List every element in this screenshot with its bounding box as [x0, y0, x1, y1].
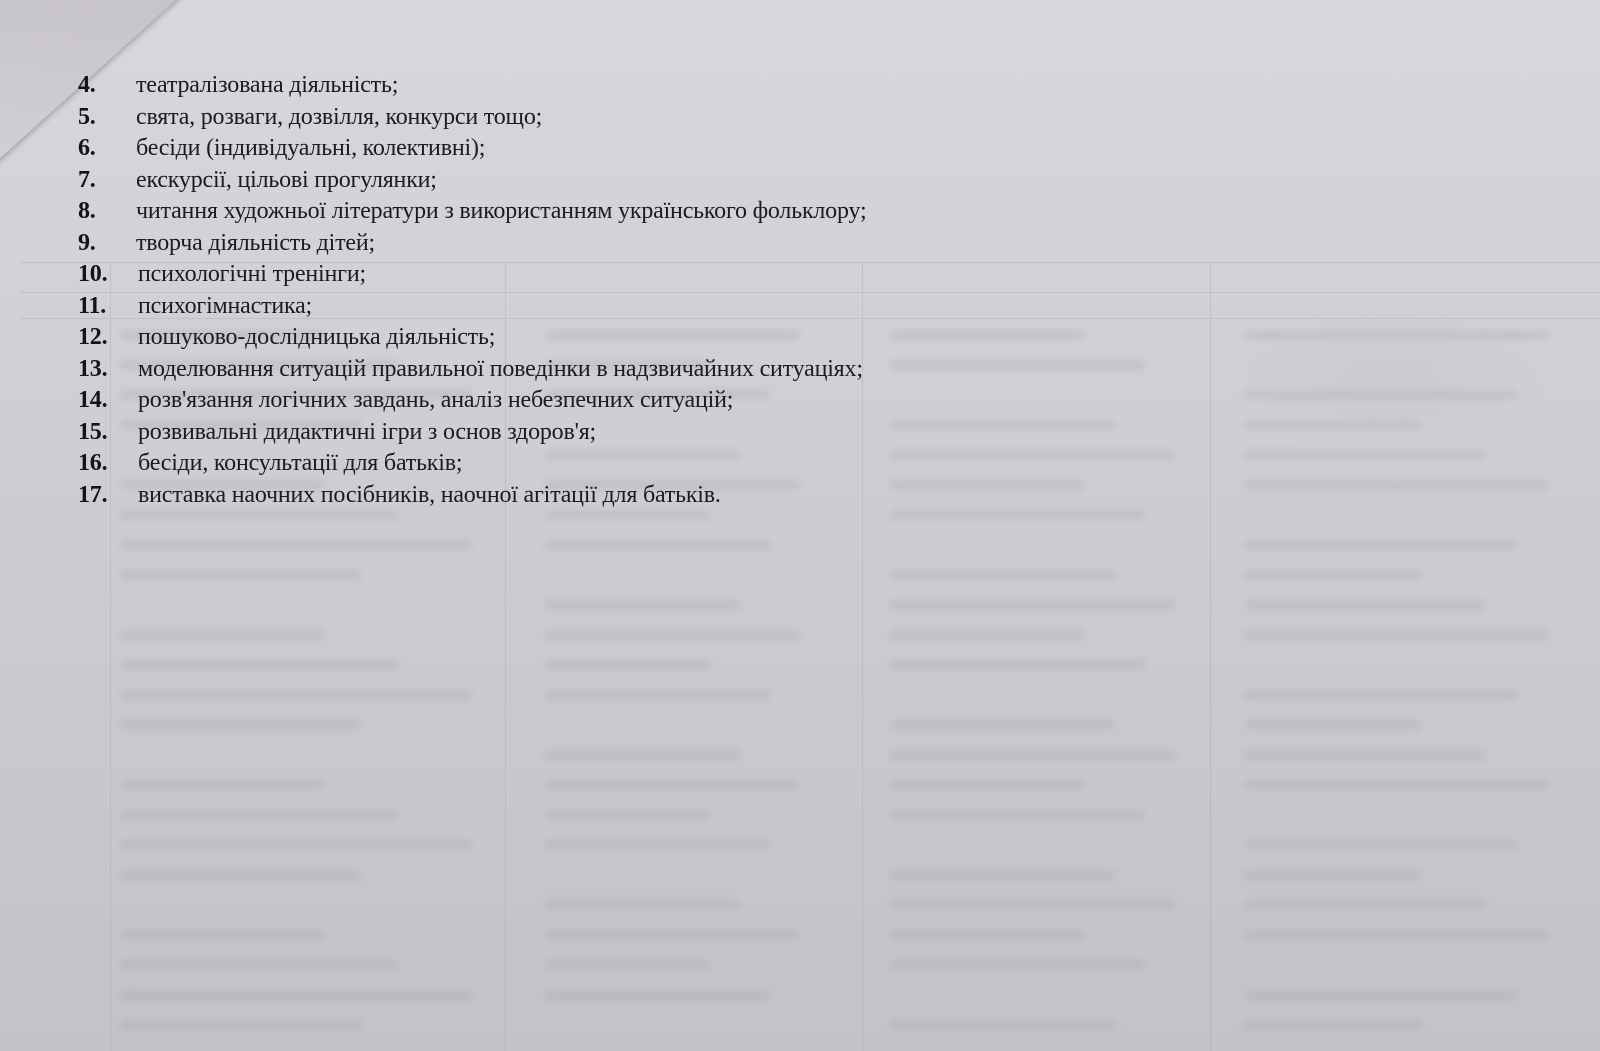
ghost-text-line: [890, 450, 1175, 460]
ghost-text-line: [890, 750, 1175, 760]
ghost-text-line: [120, 930, 324, 940]
ghost-text-line: [890, 600, 1175, 610]
list-item: 9. творча діяльність дітей;: [78, 230, 866, 262]
ghost-text-line: [545, 810, 710, 820]
ghost-text-line: [890, 870, 1115, 880]
list-item: 17. виставка наочних посібників, наочної…: [78, 482, 866, 514]
ghost-table-line: [1210, 262, 1211, 1051]
list-item: 14. розв'язання логічних завдань, аналіз…: [78, 387, 866, 419]
ghost-text-line: [120, 870, 361, 880]
ghost-text-line: [1245, 900, 1485, 910]
list-item-number: 17.: [78, 482, 138, 509]
list-item-text: творча діяльність дітей;: [136, 230, 375, 257]
list-item-number: 13.: [78, 356, 138, 383]
ghost-text-line: [120, 1020, 361, 1030]
ghost-text-line: [1245, 450, 1485, 460]
ghost-text-line: [890, 360, 1145, 370]
ghost-text-line: [1245, 480, 1549, 490]
list-item-number: 15.: [78, 419, 138, 446]
ghost-text-line: [1245, 750, 1485, 760]
ghost-text-line: [890, 780, 1085, 790]
list-item-text: пошуково-дослідницька діяльність;: [138, 324, 495, 351]
ghost-text-line: [890, 630, 1085, 640]
ghost-text-line: [120, 660, 398, 670]
list-item-text: моделювання ситуацій правильної поведінк…: [138, 356, 863, 383]
ghost-text-line: [1245, 840, 1517, 850]
ghost-text-line: [1245, 870, 1421, 880]
ghost-text-line: [890, 420, 1115, 430]
ghost-text-line: [545, 540, 770, 550]
ghost-text-line: [545, 690, 770, 700]
ghost-text-line: [545, 600, 740, 610]
ghost-text-line: [545, 960, 710, 970]
ghost-text-line: [120, 810, 398, 820]
list-item-number: 6.: [78, 135, 136, 162]
ghost-text-line: [545, 900, 740, 910]
ghost-text-line: [890, 570, 1115, 580]
list-item-number: 11.: [78, 293, 138, 320]
ghost-text-line: [1245, 690, 1517, 700]
list-item-number: 12.: [78, 324, 138, 351]
ghost-text-line: [120, 630, 324, 640]
ghost-text-line: [120, 690, 472, 700]
ghost-text-line: [120, 720, 361, 730]
ghost-text-line: [1245, 540, 1517, 550]
ghost-text-line: [1245, 390, 1517, 400]
ghost-text-line: [545, 630, 800, 640]
ghost-text-line: [120, 540, 472, 550]
ghost-text-line: [1245, 930, 1549, 940]
ghost-text-line: [1245, 1020, 1421, 1030]
list-item: 11. психогімнастика;: [78, 293, 866, 325]
ghost-text-line: [545, 780, 800, 790]
list-item: 4. театралізована діяльність;: [78, 72, 866, 104]
ghost-text-line: [890, 510, 1145, 520]
ghost-text-line: [120, 570, 361, 580]
list-item-text: бесіди, консультації для батьків;: [138, 450, 462, 477]
list-item-text: виставка наочних посібників, наочної агі…: [138, 482, 721, 509]
ghost-text-line: [890, 1020, 1115, 1030]
list-item: 13. моделювання ситуацій правильної пове…: [78, 356, 866, 388]
list-item-text: психологічні тренінги;: [138, 261, 366, 288]
ghost-text-line: [120, 960, 398, 970]
list-item-text: розв'язання логічних завдань, аналіз неб…: [138, 387, 733, 414]
ghost-text-line: [1245, 420, 1421, 430]
ghost-text-line: [890, 330, 1085, 340]
ghost-text-line: [1245, 600, 1485, 610]
ghost-text-line: [545, 990, 770, 1000]
list-item-number: 7.: [78, 167, 136, 194]
list-item-number: 4.: [78, 72, 136, 99]
ghost-text-line: [120, 780, 324, 790]
list-item-text: свята, розваги, дозвілля, конкурси тощо;: [136, 104, 542, 131]
list-item-number: 5.: [78, 104, 136, 131]
list-item: 7. екскурсії, цільові прогулянки;: [78, 167, 866, 199]
ghost-text-line: [545, 660, 710, 670]
list-item: 12. пошуково-дослідницька діяльність;: [78, 324, 866, 356]
list-item: 10. психологічні тренінги;: [78, 261, 866, 293]
ghost-text-line: [890, 930, 1085, 940]
ghost-text-line: [120, 990, 472, 1000]
list-item-number: 9.: [78, 230, 136, 257]
list-item-number: 14.: [78, 387, 138, 414]
list-item-text: психогімнастика;: [138, 293, 312, 320]
ghost-text-line: [1245, 630, 1549, 640]
ghost-text-line: [890, 720, 1115, 730]
reverse-side-header-blur: [1220, 290, 1560, 460]
ghost-text-line: [120, 840, 472, 850]
ghost-text-line: [890, 660, 1145, 670]
list-item-text: екскурсії, цільові прогулянки;: [136, 167, 437, 194]
list-item-text: театралізована діяльність;: [136, 72, 398, 99]
ghost-text-line: [545, 930, 800, 940]
list-item: 16. бесіди, консультації для батьків;: [78, 450, 866, 482]
ghost-text-line: [1245, 570, 1421, 580]
list-item: 8. читання художньої літератури з викори…: [78, 198, 866, 230]
list-item-text: бесіди (індивідуальні, колективні);: [136, 135, 485, 162]
list-item-number: 16.: [78, 450, 138, 477]
list-item-number: 8.: [78, 198, 136, 225]
ghost-text-line: [545, 750, 740, 760]
ghost-text-line: [890, 960, 1145, 970]
list-item-number: 10.: [78, 261, 138, 288]
ghost-text-line: [1245, 330, 1549, 340]
activity-list: 4. театралізована діяльність; 5. свята, …: [78, 72, 866, 513]
list-item-text: читання художньої літератури з використа…: [136, 198, 866, 225]
list-item: 6. бесіди (індивідуальні, колективні);: [78, 135, 866, 167]
ghost-text-line: [1245, 780, 1549, 790]
ghost-text-line: [890, 900, 1175, 910]
ghost-text-line: [1245, 720, 1421, 730]
ghost-text-line: [545, 840, 770, 850]
list-item: 5. свята, розваги, дозвілля, конкурси то…: [78, 104, 866, 136]
list-item-text: розвивальні дидактичні ігри з основ здор…: [138, 419, 596, 446]
list-item: 15. розвивальні дидактичні ігри з основ …: [78, 419, 866, 451]
ghost-text-line: [1245, 990, 1517, 1000]
ghost-text-line: [890, 480, 1085, 490]
ghost-text-line: [890, 810, 1145, 820]
